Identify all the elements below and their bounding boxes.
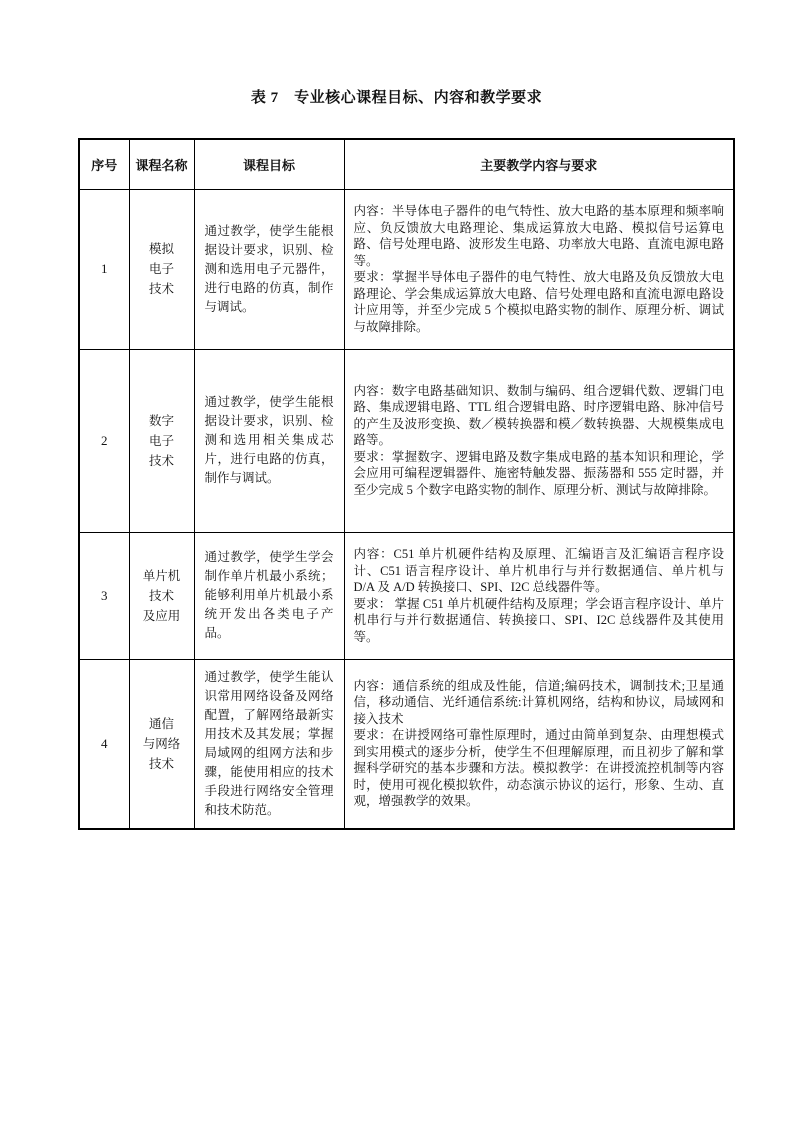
cell-teaching-content: 内容：通信系统的组成及性能，信道;编码技术，调制技术;卫星通信，移动通信、光纤通… <box>344 659 734 829</box>
table-row: 4 通信 与网络 技术 通过教学，使学生能认识常用网络设备及网络配置，了解网络最… <box>79 659 734 829</box>
content-paragraph: 内容：C51 单片机硬件结构及原理、汇编语言及汇编语言程序设计、C51 语言程序… <box>354 546 725 596</box>
cell-teaching-content: 内容：半导体电子器件的电气特性、放大电路的基本原理和频率响应、负反馈放大电路理论… <box>344 189 734 349</box>
cell-index: 2 <box>79 349 129 532</box>
cell-index: 3 <box>79 532 129 659</box>
cell-index: 1 <box>79 189 129 349</box>
table-row: 2 数字 电子 技术 通过教学，使学生能根据设计要求，识别、检测和选用相关集成芯… <box>79 349 734 532</box>
cell-teaching-content: 内容：数字电路基础知识、数制与编码、组合逻辑代数、逻辑门电路、集成逻辑电路、TT… <box>344 349 734 532</box>
cell-course-goal: 通过教学，使学生能根据设计要求，识别、检测和选用电子元器件，进行电路的仿真，制作… <box>194 189 344 349</box>
header-cell-index: 序号 <box>79 139 129 189</box>
header-cell-course-goal: 课程目标 <box>194 139 344 189</box>
cell-course-name: 通信 与网络 技术 <box>129 659 194 829</box>
page-title: 表 7 专业核心课程目标、内容和教学要求 <box>0 86 793 107</box>
table-header-row: 序号 课程名称 课程目标 主要教学内容与要求 <box>79 139 734 189</box>
requirement-paragraph: 要求：掌握数字、逻辑电路及数字集成电路的基本知识和理论，学会应用可编程逻辑器件、… <box>354 449 725 499</box>
header-cell-course-name: 课程名称 <box>129 139 194 189</box>
content-paragraph: 内容：半导体电子器件的电气特性、放大电路的基本原理和频率响应、负反馈放大电路理论… <box>354 203 725 269</box>
content-paragraph: 内容：数字电路基础知识、数制与编码、组合逻辑代数、逻辑门电路、集成逻辑电路、TT… <box>354 383 725 449</box>
table-row: 1 模拟 电子 技术 通过教学，使学生能根据设计要求，识别、检测和选用电子元器件… <box>79 189 734 349</box>
course-table: 序号 课程名称 课程目标 主要教学内容与要求 1 模拟 电子 技术 通过教学，使… <box>78 138 735 830</box>
cell-course-name: 单片机 技术 及应用 <box>129 532 194 659</box>
document-page: 表 7 专业核心课程目标、内容和教学要求 序号 课程名称 课程目标 主要教学内容… <box>0 0 793 1122</box>
content-paragraph: 内容：通信系统的组成及性能，信道;编码技术，调制技术;卫星通信，移动通信、光纤通… <box>354 678 725 728</box>
requirement-paragraph: 要求：在讲授网络可靠性原理时，通过由简单到复杂、由理想模式到实用模式的逐步分析，… <box>354 727 725 810</box>
requirement-paragraph: 要求： 掌握 C51 单片机硬件结构及原理；学会语言程序设计、单片机串行与并行数… <box>354 596 725 646</box>
header-cell-teaching-content: 主要教学内容与要求 <box>344 139 734 189</box>
cell-course-name: 数字 电子 技术 <box>129 349 194 532</box>
cell-course-goal: 通过教学，使学生学会制作单片机最小系统；能够利用单片机最小系统开发出各类电子产品… <box>194 532 344 659</box>
cell-course-goal: 通过教学，使学生能根据设计要求，识别、检测和选用相关集成芯片，进行电路的仿真，制… <box>194 349 344 532</box>
requirement-paragraph: 要求：掌握半导体电子器件的电气特性、放大电路及负反馈放大电路理论、学会集成运算放… <box>354 269 725 335</box>
cell-index: 4 <box>79 659 129 829</box>
cell-course-name: 模拟 电子 技术 <box>129 189 194 349</box>
cell-teaching-content: 内容：C51 单片机硬件结构及原理、汇编语言及汇编语言程序设计、C51 语言程序… <box>344 532 734 659</box>
table-row: 3 单片机 技术 及应用 通过教学，使学生学会制作单片机最小系统；能够利用单片机… <box>79 532 734 659</box>
cell-course-goal: 通过教学，使学生能认识常用网络设备及网络配置，了解网络最新实用技术及其发展；掌握… <box>194 659 344 829</box>
